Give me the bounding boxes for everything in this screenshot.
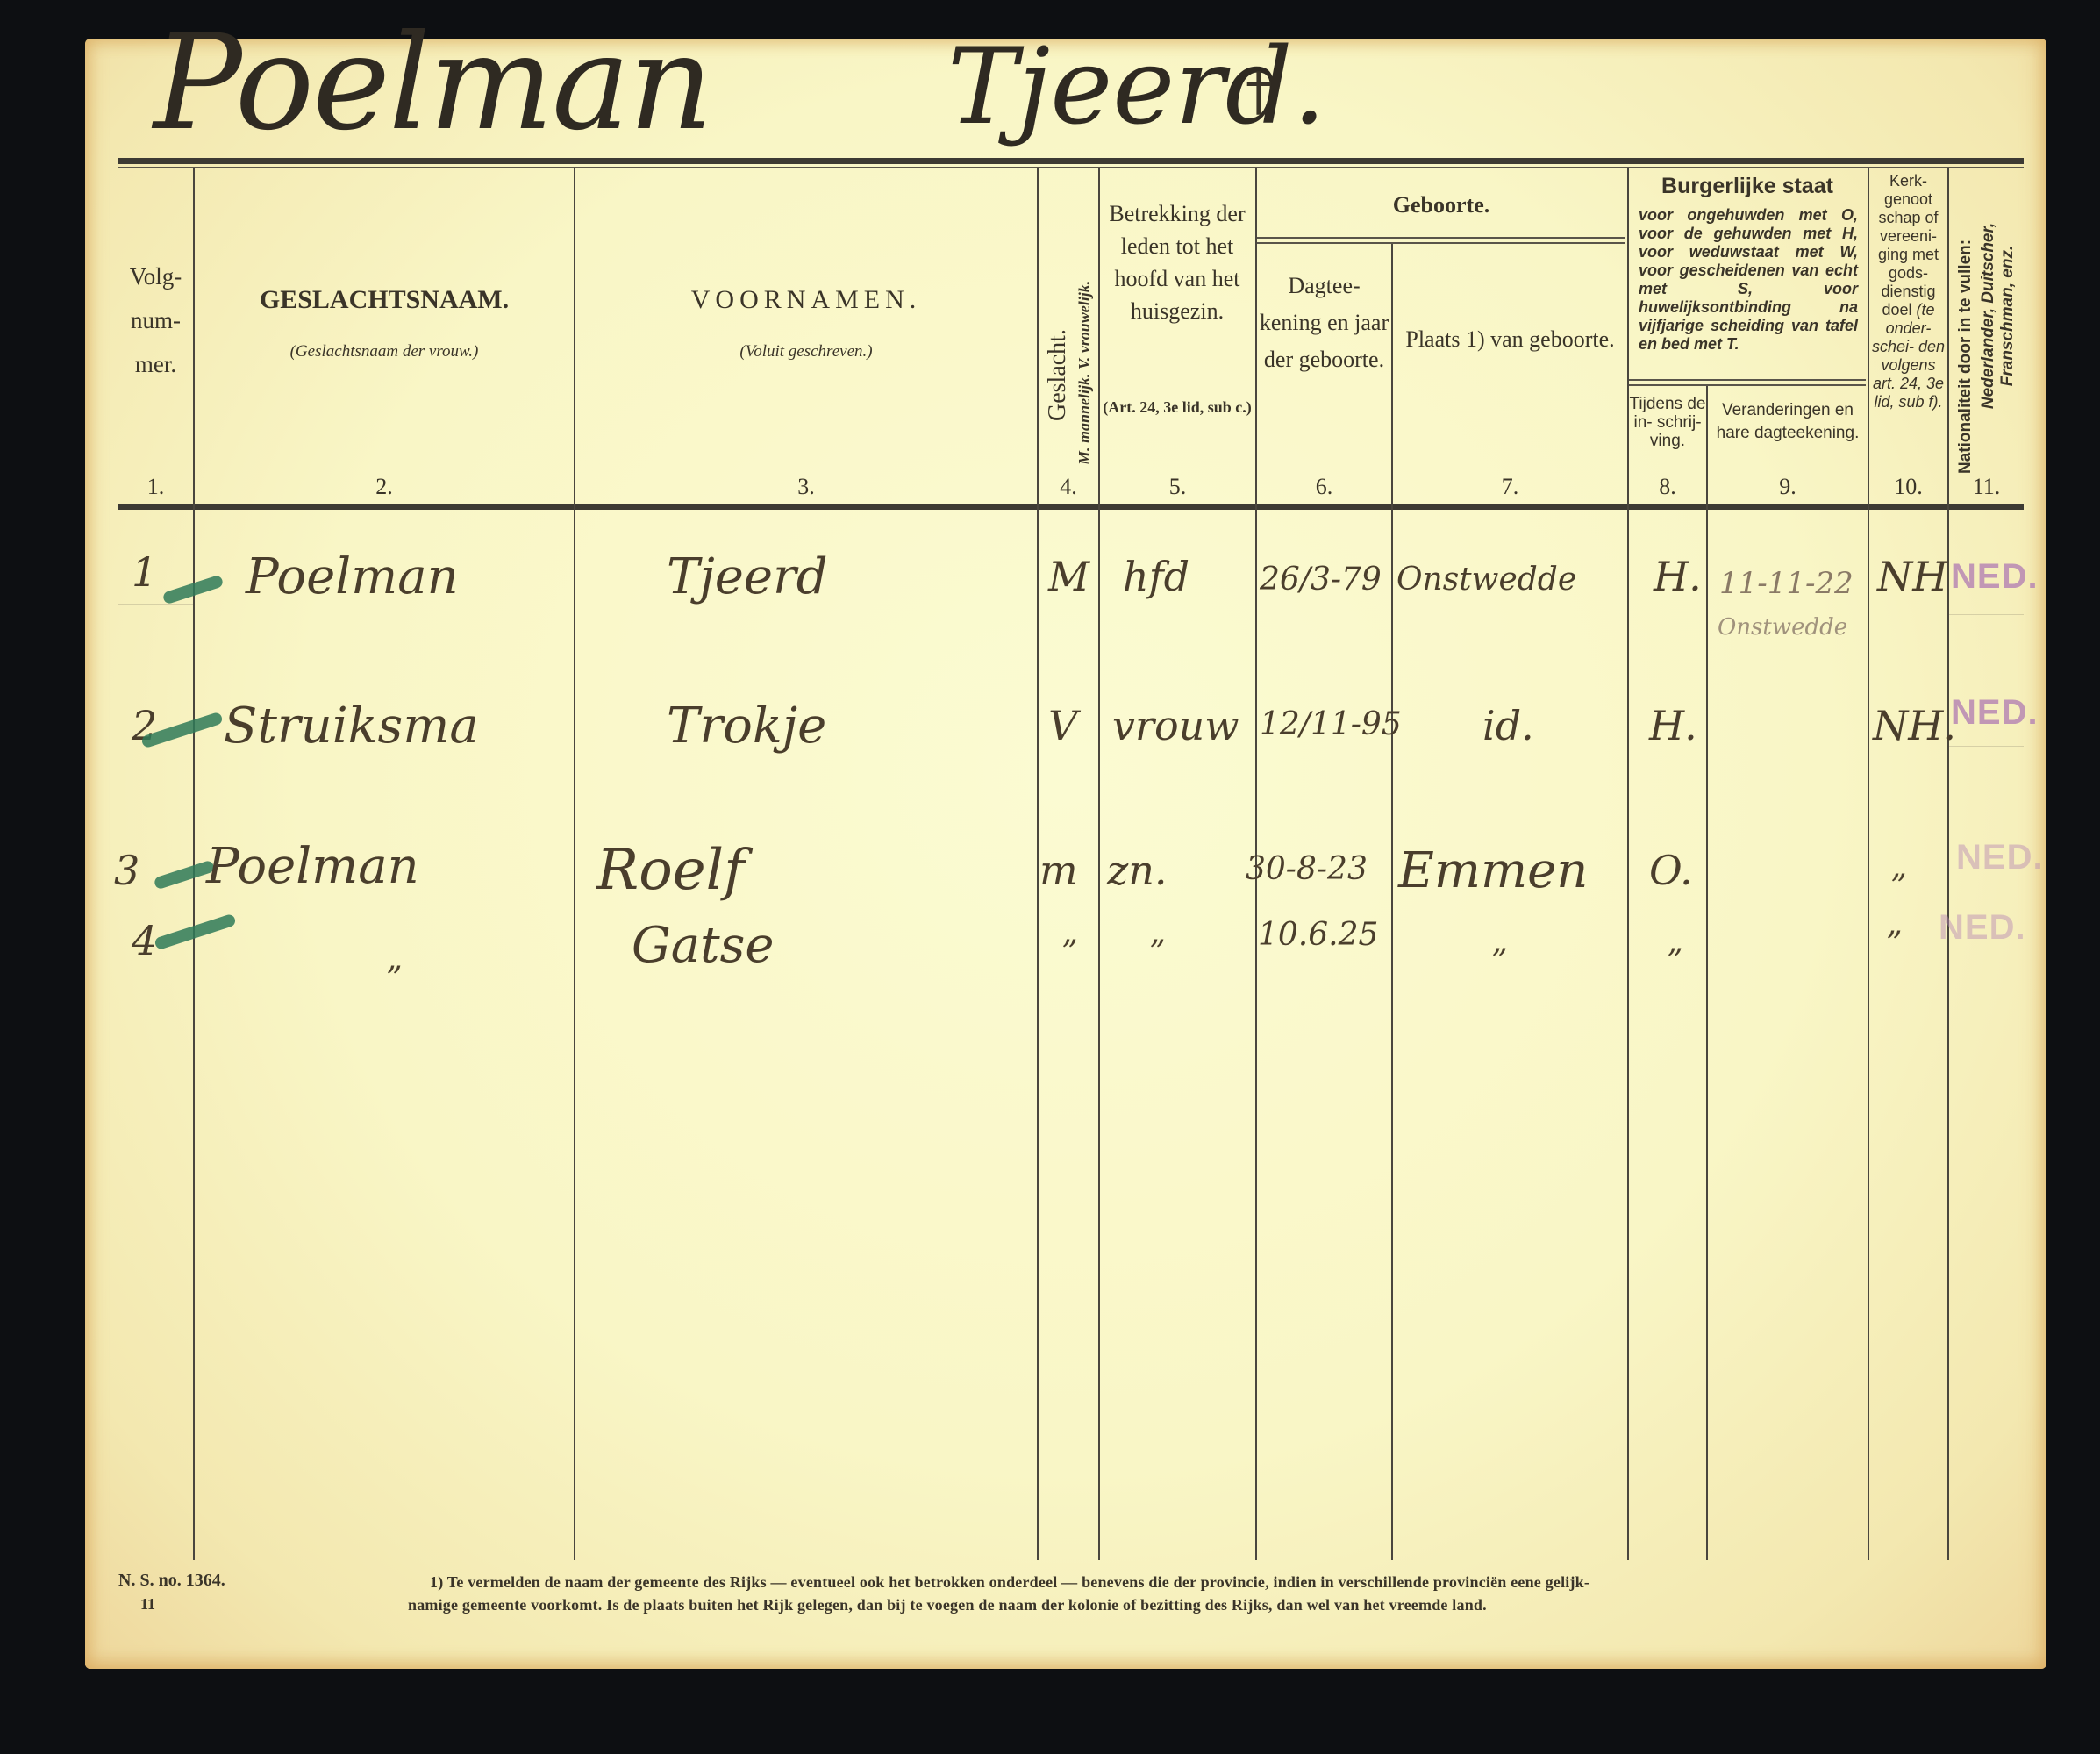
col-divider-4	[1098, 168, 1100, 1560]
deceased-cross-mark: †	[1246, 61, 1272, 123]
row1-betrekking: hfd	[1123, 553, 1189, 600]
header-betrekking-note: (Art. 24, 3e lid, sub c.)	[1102, 395, 1253, 419]
col-divider-7	[1627, 168, 1629, 1560]
row2-geslacht: V	[1048, 702, 1077, 749]
header-volgnummer-line2: num-	[118, 298, 193, 342]
header-veranderingen: Veranderingen en hare dagteekening.	[1708, 399, 1868, 445]
row1-veranderingen: 11-11-22	[1719, 566, 1854, 601]
col-num-10: 10.	[1869, 474, 1947, 500]
row3-geboorteplaats: Emmen	[1398, 842, 1588, 899]
header-voornamen: VOORNAMEN.	[575, 285, 1037, 315]
header-burgerlijke-staat: Burgerlijke staat	[1629, 174, 1866, 199]
row4-voornamen: Gatse	[632, 917, 775, 974]
col-num-4: 4.	[1039, 474, 1098, 500]
row2-geboorteplaats: id.	[1482, 702, 1534, 749]
row1-kerkgenootschap: NH	[1877, 553, 1947, 600]
row1-burgerlijke-staat: H.	[1654, 553, 1702, 600]
col-num-1: 1.	[118, 474, 193, 500]
header-nationaliteit: Nationaliteit door in te vullen:	[1956, 240, 1975, 474]
row4-betrekking: ”	[1149, 934, 1165, 970]
col-num-7: 7.	[1393, 474, 1627, 500]
row2-burgerlijke-staat: H.	[1649, 702, 1697, 749]
row1-geboortedatum: 26/3-79	[1260, 562, 1382, 598]
row3-voornamen: Roelf	[596, 838, 745, 903]
header-dagteekening: Dagtee- kening en jaar der geboorte.	[1257, 268, 1391, 378]
row1-geslacht: M	[1048, 553, 1089, 600]
margin-rule	[118, 762, 193, 762]
card-title-surname: Poelman	[154, 18, 711, 149]
header-volgnummer-line1: Volg-	[118, 254, 193, 298]
top-rule	[118, 158, 2024, 164]
top-rule-thin	[118, 167, 2024, 168]
col-divider-3	[1037, 168, 1039, 1560]
header-kerkgenootschap-label: Kerk- genoot schap of vereeni- ging met …	[1878, 172, 1939, 319]
row4-geslacht: ”	[1061, 934, 1077, 970]
row4-burgerlijke-staat: ”	[1667, 943, 1682, 979]
col-num-2: 2.	[195, 474, 574, 500]
row2-kerkgenootschap: NH.	[1873, 702, 1956, 749]
row3-geboortedatum: 30-8-23	[1246, 851, 1368, 887]
col-num-6: 6.	[1257, 474, 1391, 500]
margin-rule	[1949, 746, 2024, 747]
row2-geslachtsnaam: Struiksma	[224, 698, 479, 755]
row4-geboorteplaats: ”	[1491, 943, 1507, 979]
col-num-3: 3.	[575, 474, 1037, 500]
col-num-5: 5.	[1100, 474, 1255, 500]
col-num-9: 9.	[1708, 474, 1868, 500]
bs-sub-rule-2	[1629, 384, 1866, 386]
header-geslacht-sub: M. mannelijk. V. vrouwelijk.	[1075, 281, 1094, 465]
row2-geboortedatum: 12/11-95	[1260, 706, 1402, 742]
row3-betrekking: zn.	[1107, 847, 1167, 894]
header-bottom-rule	[118, 504, 2024, 510]
header-voornamen-sub: (Voluit geschreven.)	[575, 342, 1037, 362]
nationality-stamp: NED.	[1956, 838, 2044, 877]
row3-volgnummer: 3	[114, 847, 139, 894]
footnote-line2: namige gemeente voorkomt. Is de plaats b…	[408, 1593, 1978, 1616]
margin-rule	[1949, 614, 2024, 615]
header-betrekking: Betrekking der leden tot het hoofd van h…	[1102, 197, 1253, 327]
row4-geslachtsnaam: ”	[386, 961, 402, 997]
row3-burgerlijke-staat: O.	[1649, 847, 1693, 894]
row3-geslachtsnaam: Poelman	[206, 838, 419, 895]
row4-geboortedatum: 10.6.25	[1258, 917, 1378, 953]
form-number: N. S. no. 1364.	[118, 1571, 225, 1591]
bs-sub-rule	[1629, 379, 1866, 381]
nationality-stamp: NED.	[1951, 557, 2039, 597]
header-burgerlijke-staat-note: voor ongehuwden met O, voor de gehuwden …	[1639, 206, 1858, 354]
col-divider-2	[574, 168, 575, 1560]
header-kerkgenootschap: Kerk- genoot schap of vereeni- ging met …	[1869, 172, 1947, 412]
geboorte-sub-rule	[1257, 237, 1625, 239]
header-plaats: Plaats 1) van geboorte.	[1393, 316, 1627, 363]
row3-kerkgenootschap: ”	[1890, 869, 1906, 905]
nationality-stamp: NED.	[1939, 908, 2026, 948]
header-geslachtsnaam-sub: (Geslachtsnaam der vrouw.)	[195, 342, 574, 362]
row3-geslacht: m	[1039, 847, 1078, 894]
header-volgnummer-line3: mer.	[118, 342, 193, 386]
col-num-8: 8.	[1629, 474, 1706, 500]
header-geslachtsnaam: GESLACHTSNAAM.	[195, 285, 574, 315]
row4-kerkgenootschap: ”	[1886, 926, 1902, 962]
row2-betrekking: vrouw	[1112, 702, 1239, 749]
header-geboorte: Geboorte.	[1257, 189, 1625, 222]
form-sub-number: 11	[140, 1595, 155, 1614]
footnote-line1: 1) Te vermelden de naam der gemeente des…	[430, 1571, 2000, 1593]
row1-geslachtsnaam: Poelman	[246, 548, 459, 605]
header-tijdens-inschrijving: Tijdens de in- schrij- ving.	[1629, 395, 1706, 450]
col-divider-8	[1706, 386, 1708, 1560]
header-nationaliteit-sub: Nederlander, Duitscher, Franschman, enz.	[1979, 171, 2018, 461]
margin-rule	[118, 604, 193, 605]
row1-volgnummer: 1	[132, 548, 157, 596]
row1-geboorteplaats: Onstwedde	[1396, 562, 1576, 598]
row1-veranderingen-plaats: Onstwedde	[1718, 614, 1847, 641]
header-geslacht: Geslacht.	[1044, 329, 1072, 421]
col-divider-10	[1947, 168, 1949, 1560]
col-num-11: 11.	[1949, 474, 2024, 500]
header-volgnummer: Volg- num- mer.	[118, 254, 193, 386]
geboorte-sub-rule-2	[1257, 242, 1625, 244]
row4-volgnummer: 4	[132, 917, 157, 964]
row2-voornamen: Trokje	[667, 698, 826, 755]
col-divider-6	[1391, 242, 1393, 1560]
nationality-stamp: NED.	[1951, 693, 2039, 733]
row1-voornamen: Tjeerd	[667, 548, 828, 605]
